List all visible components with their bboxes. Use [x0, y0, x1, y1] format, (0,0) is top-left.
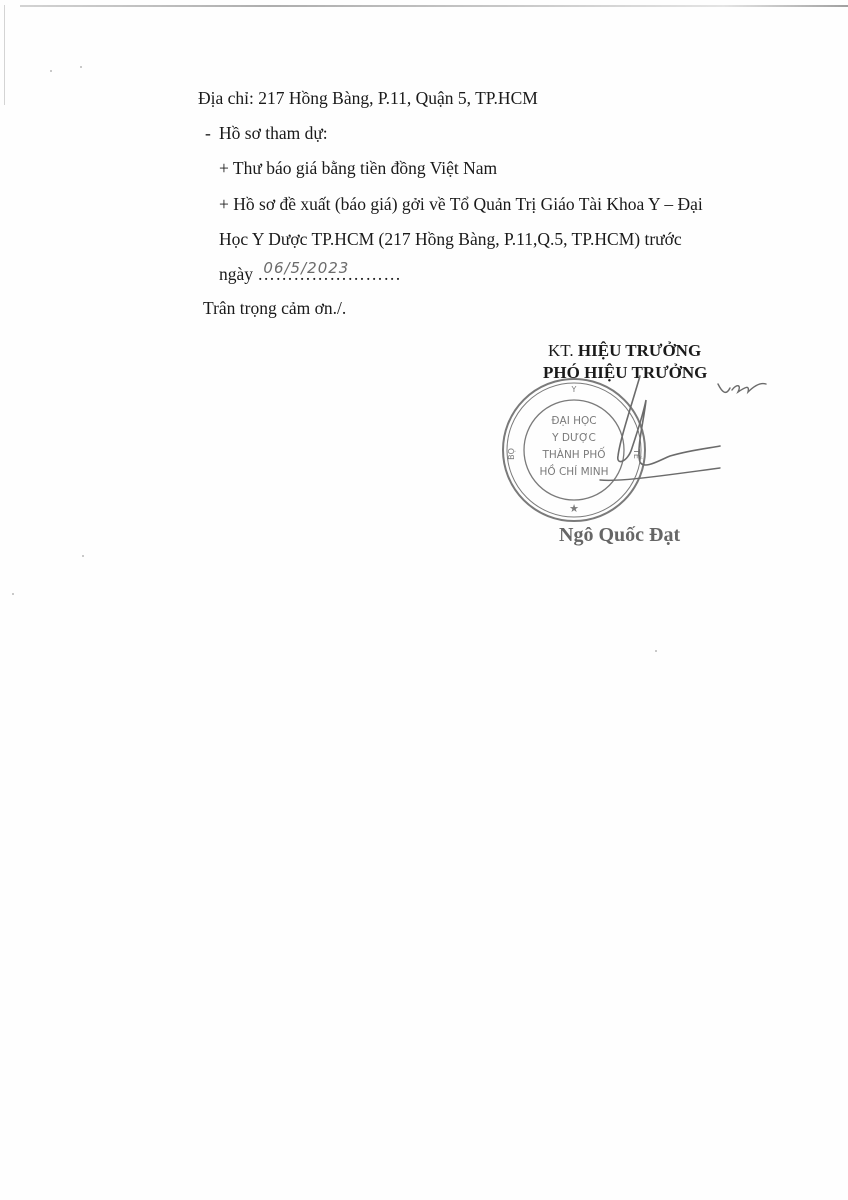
scan-speck [655, 650, 657, 652]
title-prefix: KT. [548, 341, 574, 360]
scan-speck [82, 555, 84, 557]
list-item-2-line1: + Hồ sơ đề xuất (báo giá) gởi về Tổ Quản… [219, 194, 703, 214]
scan-speck [80, 66, 82, 68]
scan-speck [50, 70, 52, 72]
deadline-handwritten-date: 06/5/2023 [263, 258, 349, 278]
bullet-dash: - [205, 123, 211, 144]
handwritten-signature-icon [560, 370, 820, 490]
signature-title-1: KT. HIỆU TRƯỞNG [548, 341, 701, 361]
scan-edge-top [20, 5, 848, 7]
address-line: Địa chỉ: 217 Hồng Bàng, P.11, Quận 5, TP… [198, 88, 538, 108]
title-principal: HIỆU TRƯỞNG [578, 341, 701, 360]
signer-name: Ngô Quốc Đạt [559, 524, 680, 547]
svg-text:★: ★ [569, 502, 579, 515]
svg-text:BỘ: BỘ [505, 448, 516, 460]
list-item-1: + Thư báo giá bằng tiền đồng Việt Nam [219, 158, 497, 178]
document-page: Địa chỉ: 217 Hồng Bàng, P.11, Quận 5, TP… [0, 0, 848, 1200]
section-label: Hồ sơ tham dự: [219, 123, 328, 143]
deadline-line: ngày …………………… 06/5/2023 [219, 264, 401, 284]
scan-speck [12, 593, 14, 595]
list-item-2-line2: Học Y Dược TP.HCM (217 Hồng Bàng, P.11,Q… [219, 229, 682, 249]
deadline-label: ngày [219, 264, 253, 284]
scan-edge-left [4, 5, 5, 105]
deadline-field: …………………… 06/5/2023 [257, 264, 401, 284]
closing-line: Trân trọng cảm ơn./. [203, 298, 346, 318]
